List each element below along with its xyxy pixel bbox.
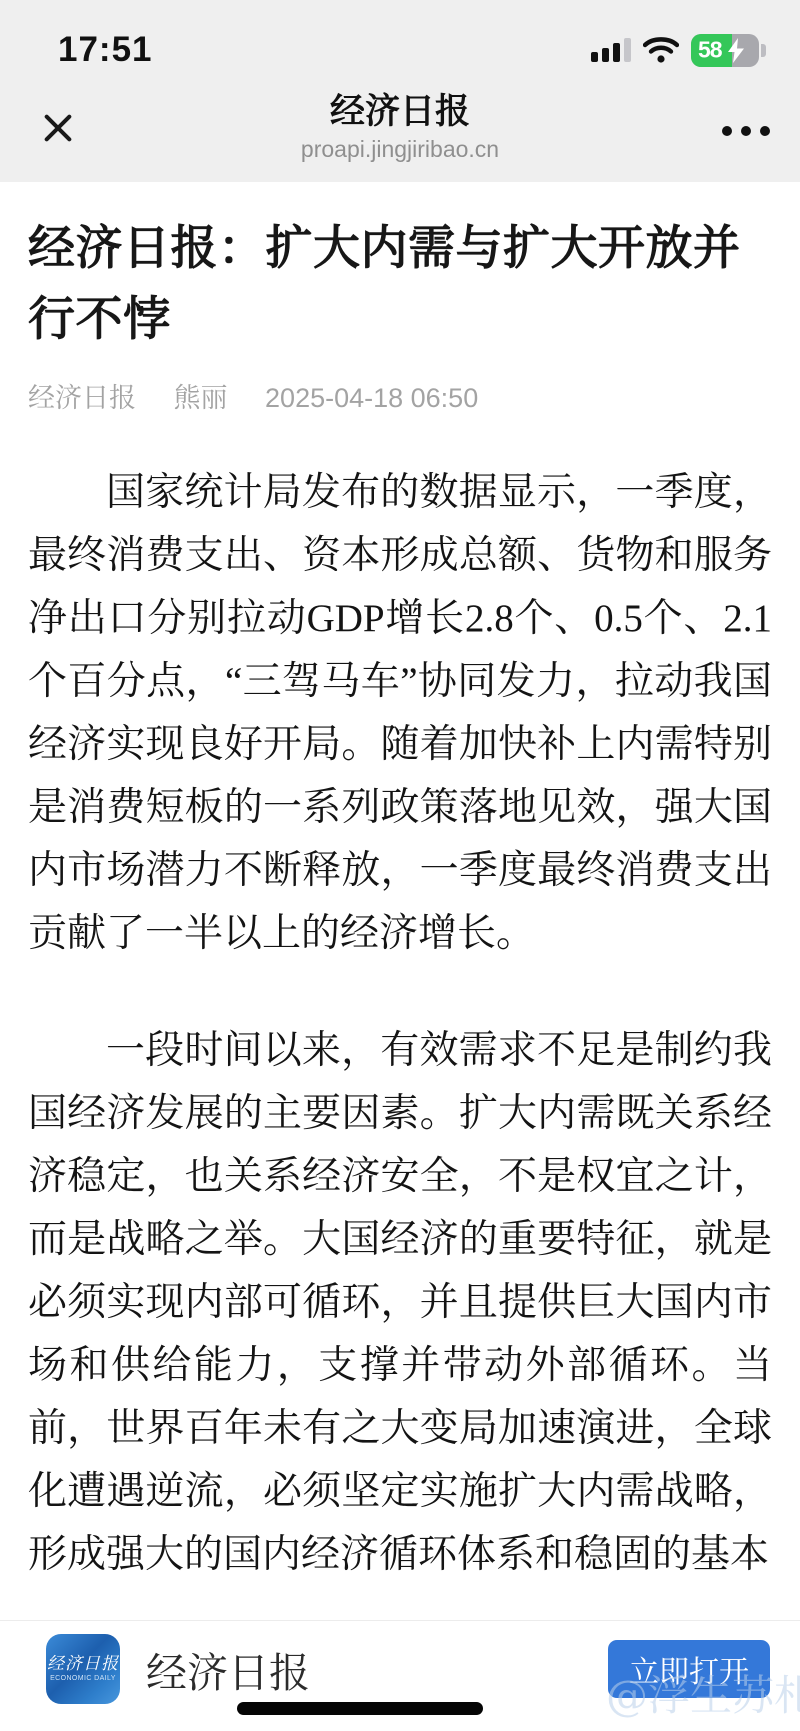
economic-daily-app-icon[interactable]: 经济日报 ECONOMIC DAILY (46, 1634, 120, 1704)
nav-center: 经济日报 proapi.jingjiribao.cn (0, 92, 800, 164)
app-name: 经济日报 (146, 1640, 310, 1699)
page-url: proapi.jingjiribao.cn (0, 134, 800, 164)
article-paragraph: 一段时间以来，有效需求不足是制约我国经济发展的主要因素。扩大内需既关系经济稳定，… (28, 1019, 772, 1586)
header-zone: 17:51 58 (0, 0, 800, 182)
home-indicator[interactable] (237, 1702, 483, 1715)
article-body: 国家统计局发布的数据显示，一季度，最终消费支出、资本形成总额、货物和服务净出口分… (28, 461, 772, 1586)
article-author: 熊丽 (174, 383, 228, 413)
app-icon-text: 经济日报 (47, 1655, 119, 1674)
article-byline: 经济日报 熊丽 2025-04-18 06:50 (28, 376, 772, 415)
phone-screen: 17:51 58 (0, 0, 800, 1731)
battery-percent: 58 (698, 37, 722, 64)
article-source: 经济日报 (28, 383, 136, 413)
status-icons: 58 (591, 34, 766, 67)
open-app-button[interactable]: 立即打开 (608, 1640, 770, 1698)
cellular-signal-icon (591, 38, 631, 62)
nav-bar: 经济日报 proapi.jingjiribao.cn (0, 90, 800, 182)
wifi-icon (643, 37, 679, 64)
article-content: 经济日报：扩大内需与扩大开放并行不悖 经济日报 熊丽 2025-04-18 06… (0, 182, 800, 1586)
clock: 17:51 (58, 30, 153, 70)
more-menu-icon[interactable] (722, 120, 770, 142)
battery-icon: 58 (691, 34, 766, 67)
charging-bolt-icon (728, 38, 744, 63)
article-paragraph: 国家统计局发布的数据显示，一季度，最终消费支出、资本形成总额、货物和服务净出口分… (28, 461, 772, 965)
article-publish-time: 2025-04-18 06:50 (265, 383, 478, 413)
page-title: 经济日报 (0, 92, 800, 132)
article-title: 经济日报：扩大内需与扩大开放并行不悖 (28, 212, 772, 354)
status-bar: 17:51 58 (0, 0, 800, 90)
app-icon-subtext: ECONOMIC DAILY (50, 1674, 116, 1683)
